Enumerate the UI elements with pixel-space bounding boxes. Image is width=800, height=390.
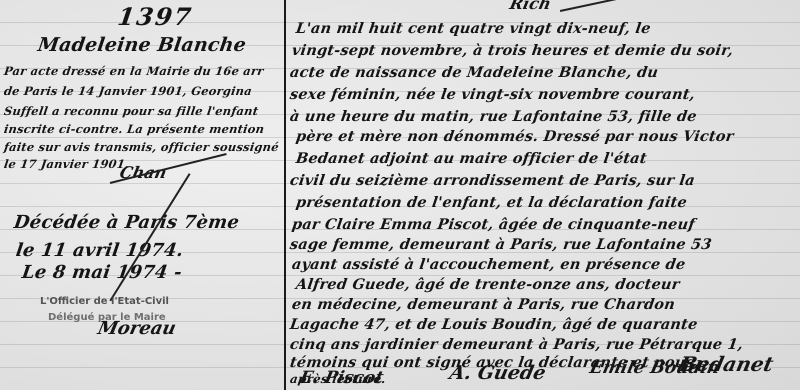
officer-signature: Moreau xyxy=(96,318,178,339)
recognition-note-line: le 17 Janvier 1901. xyxy=(3,157,130,171)
record-line: Lagache 47, et de Louis Boudin, âgé de q… xyxy=(289,316,699,333)
record-line: père et mère non dénommés. Dressé par no… xyxy=(295,128,735,145)
record-line: Bedanet adjoint au maire officier de l'é… xyxy=(295,150,648,167)
column-divider xyxy=(284,0,286,390)
record-line: à une heure du matin, rue Lafontaine 53,… xyxy=(289,108,698,125)
record-line: en médecine, demeurant à Paris, rue Char… xyxy=(291,296,676,313)
recognition-note-line: de Paris le 14 Janvier 1901, Georgina xyxy=(3,84,253,98)
entry-name: Madeleine Blanche xyxy=(36,34,247,56)
record-line: acte de naissance de Madeleine Blanche, … xyxy=(289,64,660,81)
death-note-line: le 11 avril 1974. xyxy=(15,240,185,261)
signature-piscot: E. Piscot xyxy=(298,368,385,388)
record-line: L'an mil huit cent quatre vingt dix-neuf… xyxy=(295,20,652,37)
record-line: présentation de l'enfant, et la déclarat… xyxy=(295,194,688,211)
signature-guede: A. Guede xyxy=(448,362,548,384)
death-note-line: Décédée à Paris 7ème xyxy=(13,212,241,233)
record-line: civil du seizième arrondissement de Pari… xyxy=(289,172,696,189)
record-line: ayant assisté à l'accouchement, en prése… xyxy=(291,256,687,273)
death-note-line: Le 8 mai 1974 - xyxy=(21,262,184,283)
recognition-note-line: faite sur avis transmis, officier soussi… xyxy=(3,140,280,154)
register-page: 1397 Madeleine Blanche Par acte dressé e… xyxy=(0,0,800,390)
header-flourish xyxy=(560,0,619,11)
recognition-note-line: Par acte dressé en la Mairie du 16e arr xyxy=(3,64,264,78)
stamp-line: L'Officier de l'Etat-Civil xyxy=(40,296,169,307)
record-line: vingt-sept novembre, à trois heures et d… xyxy=(291,42,735,59)
record-line: sage femme, demeurant à Paris, rue Lafon… xyxy=(289,236,713,253)
entry-number: 1397 xyxy=(116,2,195,31)
record-line: Alfred Guede, âgé de trente-onze ans, do… xyxy=(295,276,681,293)
record-line: sexe féminin, née le vingt-six novembre … xyxy=(289,86,696,103)
recognition-note-line: Suffell a reconnu pour sa fille l'enfant xyxy=(3,104,259,118)
record-line: par Claire Emma Piscot, âgée de cinquant… xyxy=(291,216,696,233)
record-line: cinq ans jardinier demeurant à Paris, ru… xyxy=(289,336,745,353)
header-fragment: Rich xyxy=(508,0,553,13)
signature-bedanet: Bedanet xyxy=(677,352,775,376)
recognition-note-line: inscrite ci-contre. La présente mention xyxy=(3,122,265,136)
